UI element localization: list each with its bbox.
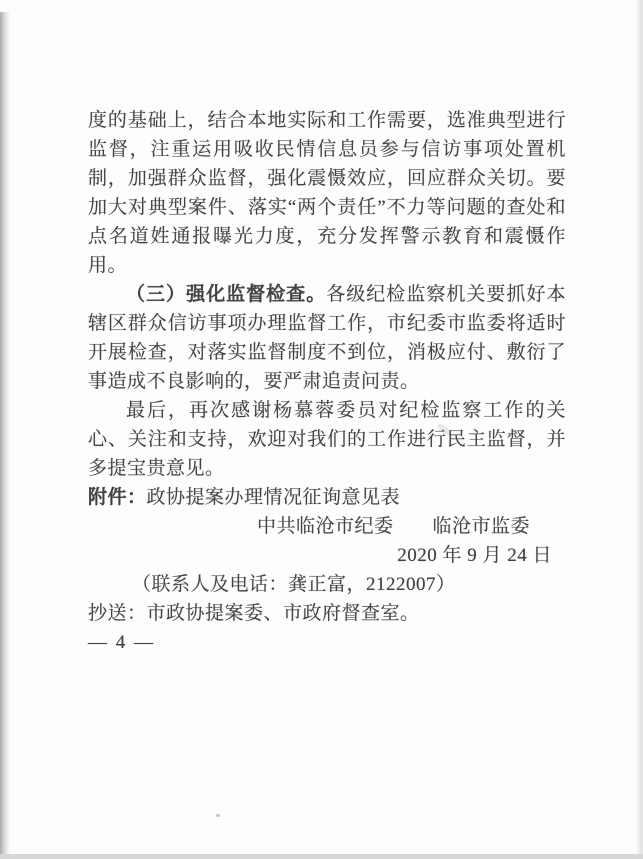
document-body: 度的基础上，结合本地实际和工作需要，选准典型进行监督，注重运用吸收民情信息员参与… xyxy=(88,106,566,657)
body-paragraph-1: 度的基础上，结合本地实际和工作需要，选准典型进行监督，注重运用吸收民情信息员参与… xyxy=(88,106,566,280)
section-heading-bold: （三）强化监督检查。 xyxy=(126,284,326,305)
scanned-document-page: 度的基础上，结合本地实际和工作需要，选准典型进行监督，注重运用吸收民情信息员参与… xyxy=(0,0,643,859)
attachment-text: 政协提案办理情况征询意见表 xyxy=(147,487,401,508)
signature-date: 2020 年 9 月 24 日 xyxy=(88,541,566,570)
signature-organizations: 中共临沧市纪委 临沧市监委 xyxy=(88,512,566,541)
body-paragraph-3: 最后，再次感谢杨慕蓉委员对纪检监察工作的关心、关注和支持，欢迎对我们的工作进行民… xyxy=(88,396,566,483)
body-paragraph-2: （三）强化监督检查。各级纪检监察机关要抓好本辖区群众信访事项办理监督工作，市纪委… xyxy=(88,280,566,396)
contact-line: （联系人及电话：龚正富，2122007） xyxy=(88,570,566,599)
scan-edge-bottom-shadow xyxy=(0,854,643,859)
attachment-line: 附件：政协提案办理情况征询意见表 xyxy=(88,483,566,512)
page-number: — 4 — xyxy=(88,628,566,657)
scan-edge-right-shadow xyxy=(636,0,643,859)
cc-line: 抄送：市政协提案委、市政府督查室。 xyxy=(88,599,566,628)
scan-speck xyxy=(216,814,220,817)
scan-edge-left-shadow xyxy=(0,12,10,859)
attachment-label: 附件： xyxy=(88,487,147,508)
